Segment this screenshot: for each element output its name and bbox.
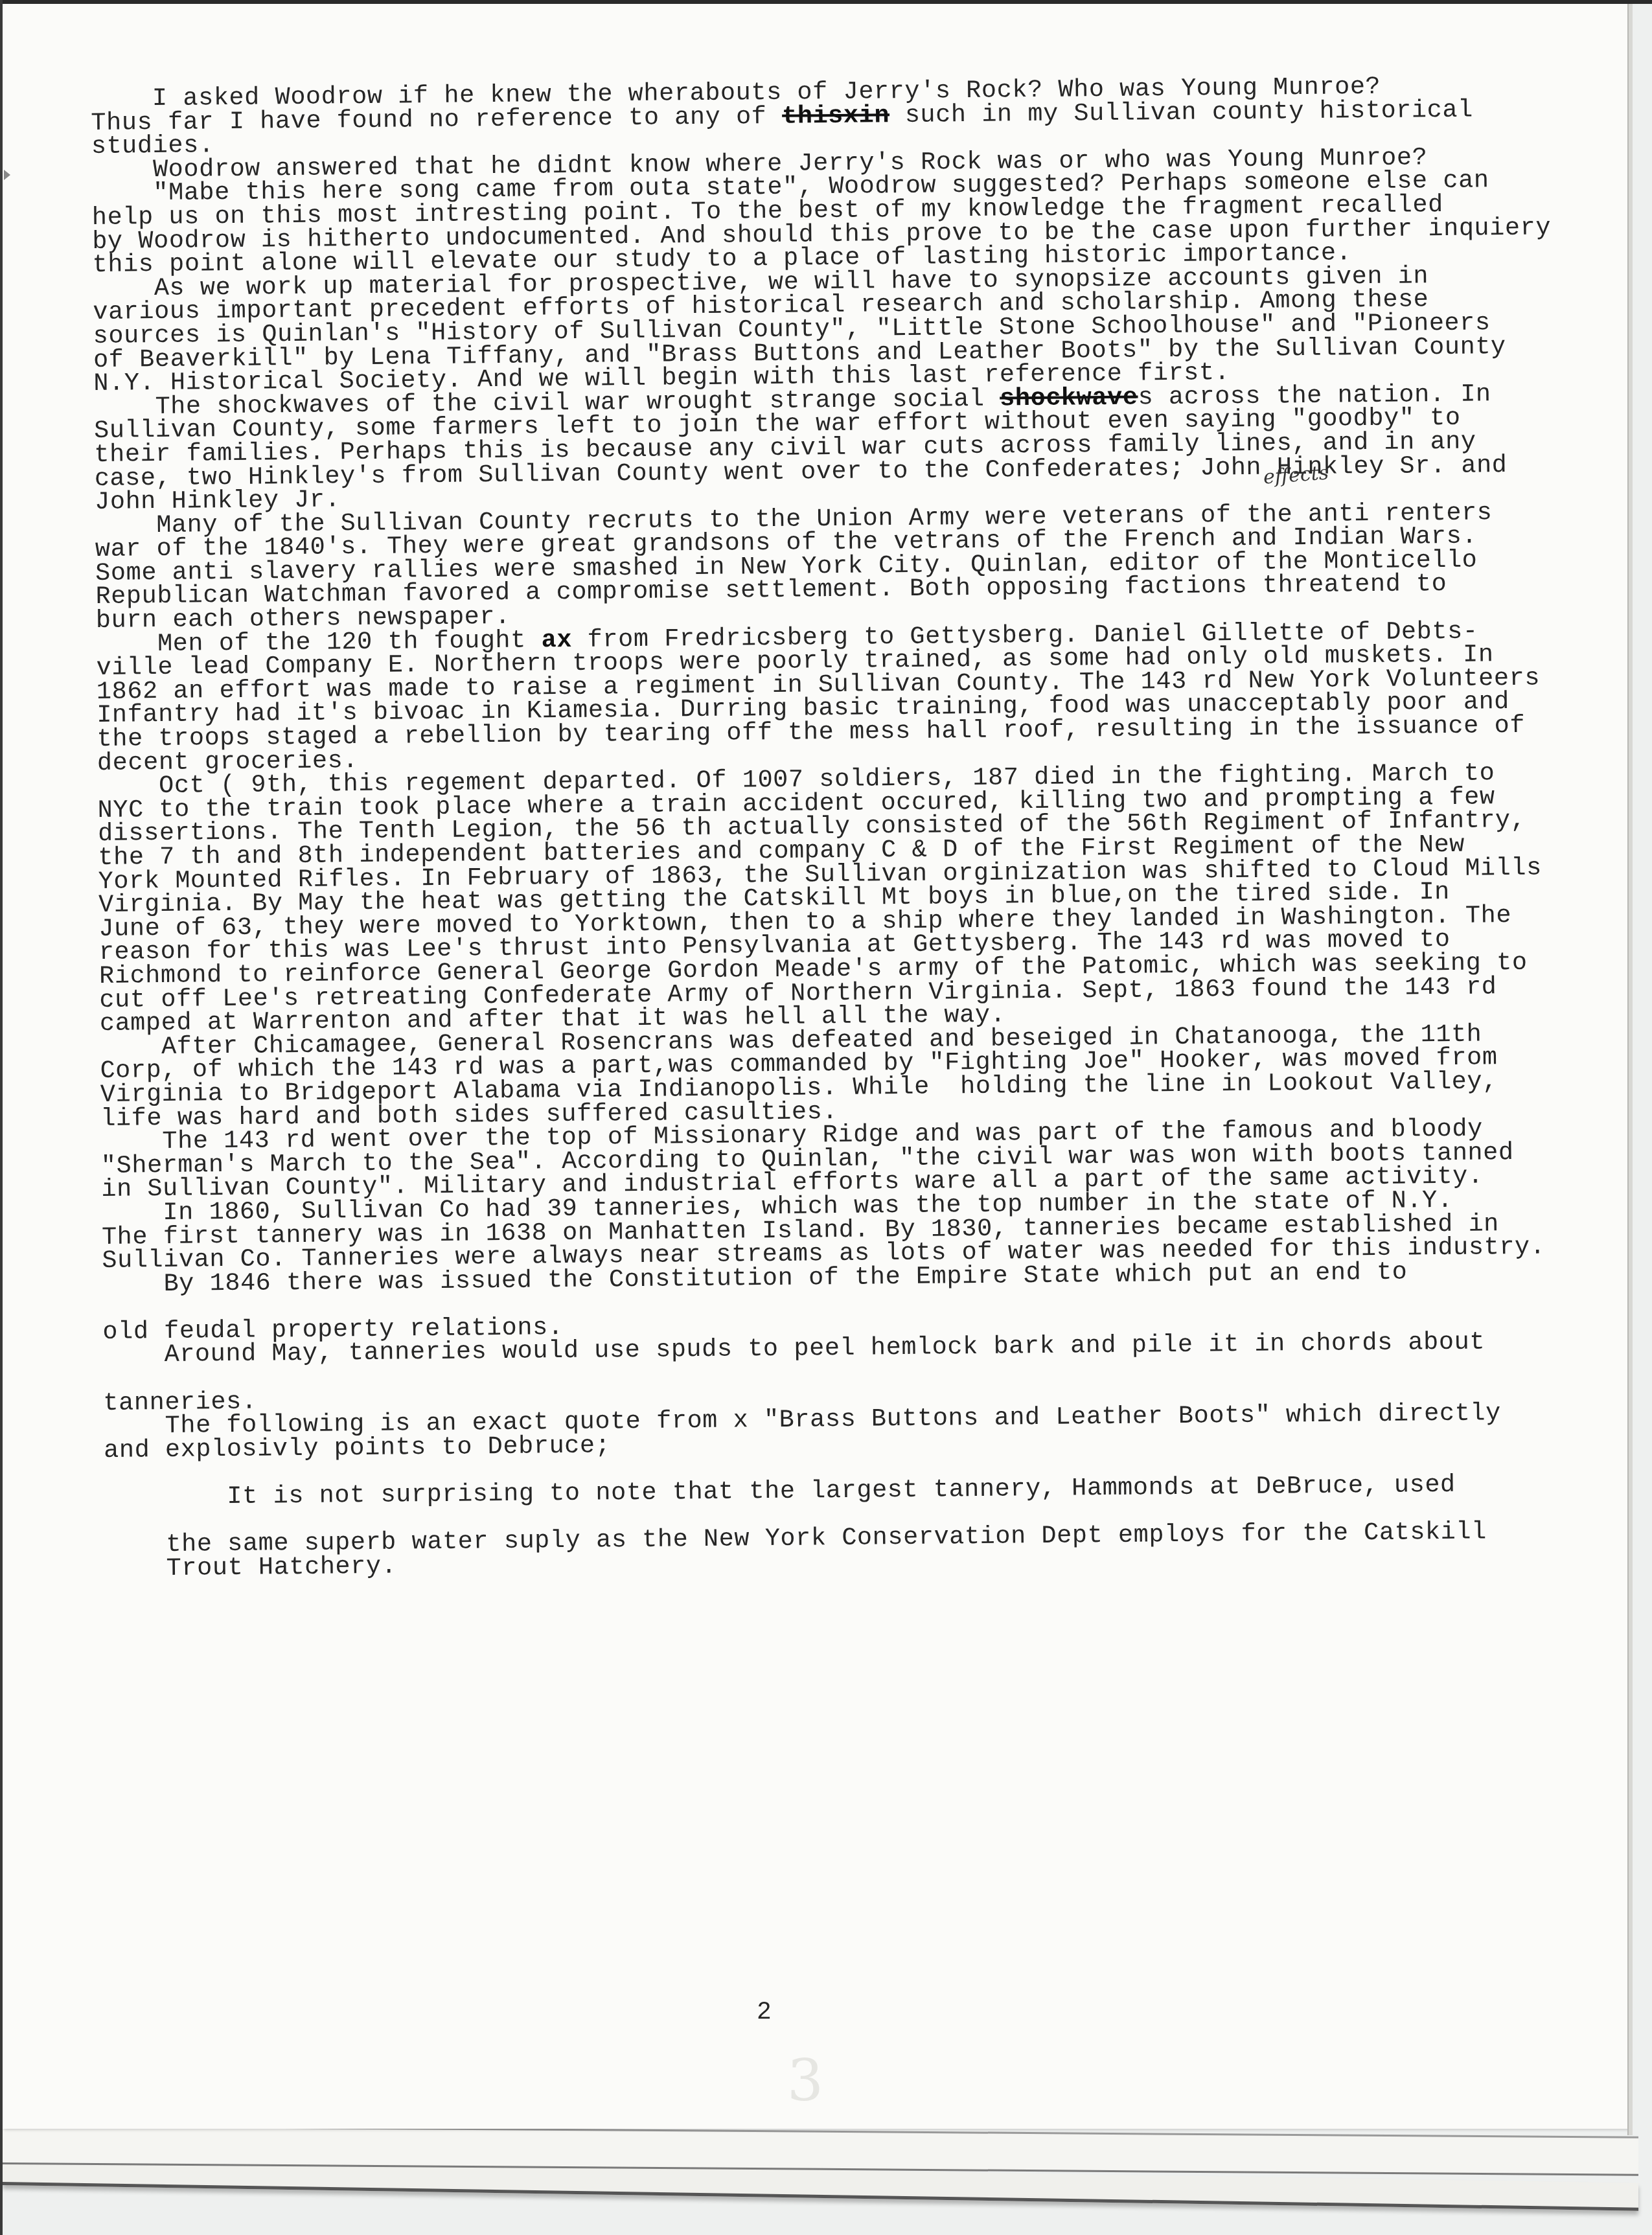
margin-arrow-mark (4, 170, 10, 180)
pencil-page-mark: 3 (787, 2047, 823, 2114)
scan-left-edge (0, 0, 3, 2235)
page-number: 2 (757, 1999, 772, 2026)
handwritten-correction: effects (1263, 462, 1329, 489)
struck-out-word: thisxin (782, 101, 889, 131)
typewritten-body: I asked Woodrow if he knew the wherabout… (91, 73, 1652, 1581)
